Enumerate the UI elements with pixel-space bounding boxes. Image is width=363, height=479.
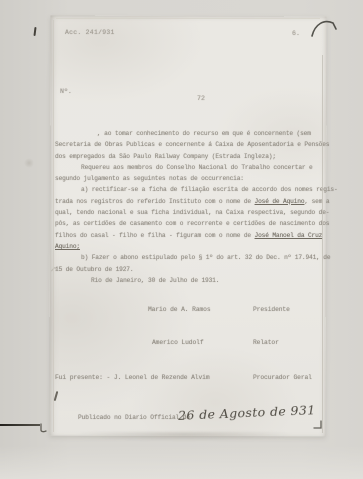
- page-right-edge: [322, 55, 323, 433]
- underlined-name: José de Aquino: [255, 198, 305, 205]
- bottom-left-line-mark: [0, 424, 40, 426]
- body-line: a) rectificar-se a ficha de filiação esc…: [55, 184, 332, 195]
- body-text: , ao tomar conhecimento do recurso em qu…: [55, 128, 332, 286]
- publication-typed-text: Publicado no Diario Official de: [78, 414, 190, 421]
- doc-number-label: Nº.: [60, 88, 72, 95]
- bottom-left-crop-bracket-icon: [39, 422, 51, 434]
- signature-name: Americo Ludolf: [152, 339, 204, 346]
- body-line: trada nos registros do referido Institut…: [55, 196, 332, 207]
- body-line: segundo julgamento as seguintes notas de…: [55, 173, 332, 184]
- body-line: Aquino;: [55, 241, 332, 252]
- page-top-edge: [56, 18, 320, 19]
- underlined-name: Aquino;: [55, 243, 80, 250]
- page-bottom-shadow: [48, 432, 320, 444]
- body-line: Rio de Janeiro, 30 de Julho de 1931.: [55, 275, 332, 286]
- body-line: , ao tomar conhecimento do recurso em qu…: [55, 128, 332, 139]
- doc-center-number: 72: [197, 95, 205, 102]
- body-line: 15 de Outubro de 1927.: [55, 264, 332, 275]
- bottom-right-crop-bracket-icon: [313, 420, 327, 431]
- corner-crease-icon: [310, 18, 340, 40]
- signature-row: Fui presente: - J. Leonel de Rezende Alv…: [0, 374, 363, 386]
- page-number: 6.: [292, 30, 300, 37]
- signature-row: Americo LudolfRelator: [0, 339, 363, 351]
- signature-role: Presidente: [253, 306, 290, 313]
- signature-name: Fui presente: - J. Leonel de Rezende Alv…: [55, 374, 210, 381]
- photo-background: Acc. 241/931 6. Nº. 72 , ao tomar conhec…: [0, 0, 363, 479]
- body-line: filhos do casal - filho e filha - figura…: [55, 230, 332, 241]
- proc-number: Acc. 241/931: [65, 29, 115, 36]
- signature-name: Mario de A. Ramos: [148, 306, 211, 313]
- smudge-mark: [24, 158, 34, 168]
- body-line: b) Fazer o abono estipulado pelo § 1º do…: [55, 252, 332, 263]
- body-line: dos empregados da São Paulo Railway Comp…: [55, 151, 332, 162]
- photo-paper-lower-area: [0, 446, 363, 479]
- body-line: Requereu aos membros do Conselho Naciona…: [55, 162, 332, 173]
- body-line: qual, tendo nacional e sua ficha individ…: [55, 207, 332, 218]
- ink-dash-mark: [33, 27, 36, 36]
- underlined-name: José Manoel da Cruz: [255, 232, 323, 239]
- body-line: pôs, as certidões de casamento com o rec…: [55, 218, 332, 229]
- signature-role: Relator: [253, 339, 279, 346]
- page-left-edge: [53, 20, 54, 432]
- signature-row: Mario de A. RamosPresidente: [0, 306, 363, 318]
- signature-role: Procurador Geral: [253, 374, 312, 381]
- body-line: Secretaria de Obras Publicas e concernen…: [55, 139, 332, 150]
